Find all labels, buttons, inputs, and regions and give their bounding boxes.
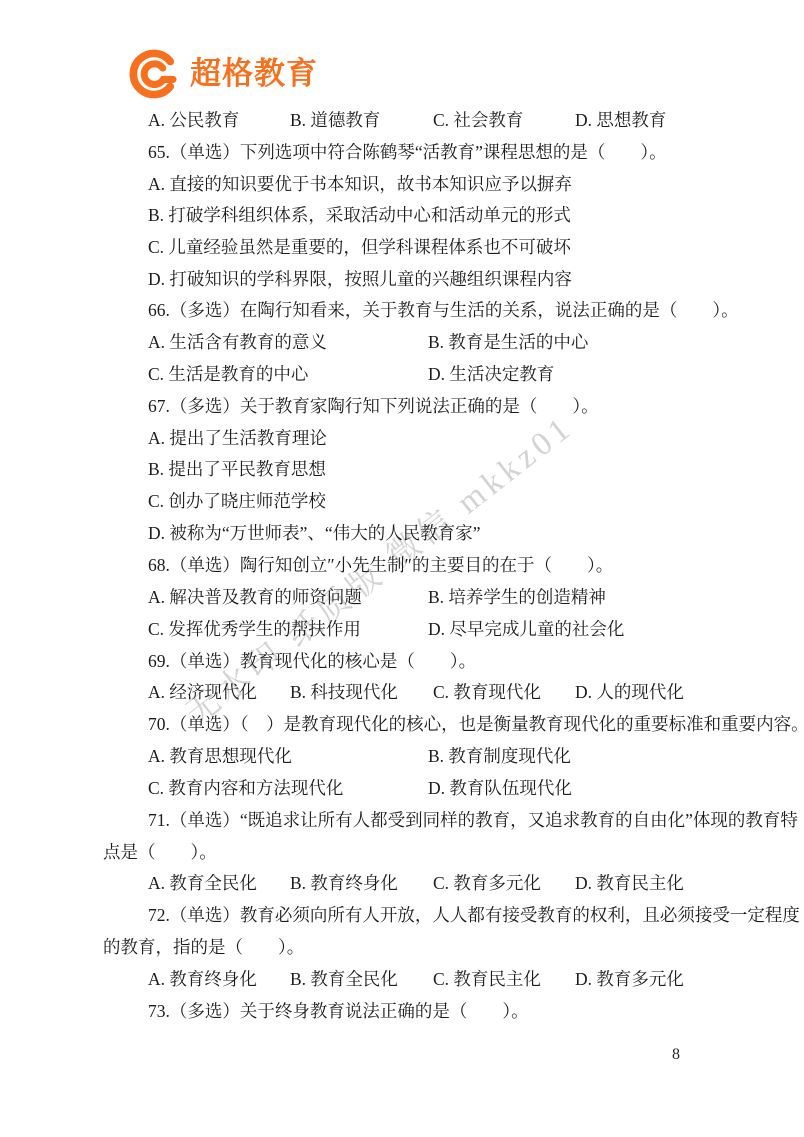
option-line: B. 打破学科组织体系，采取活动中心和活动单元的形式 <box>0 204 804 230</box>
question-line: 65.（单选）下列选项中符合陈鹤琴“活教育”课程思想的是（ ）。 <box>0 141 804 167</box>
option-cell: D. 人的现代化 <box>575 681 684 703</box>
line-text: D. 被称为“万世师表”、“伟大的人民教育家” <box>148 522 480 544</box>
option-row: A. 生活含有教育的意义B. 教育是生活的中心 <box>0 331 804 357</box>
question-line: 71.（单选）“既追求让所有人都受到同样的教育，又追求教育的自由化”体现的教育特 <box>0 809 804 835</box>
option-row: A. 公民教育B. 道德教育C. 社会教育D. 思想教育 <box>0 109 804 135</box>
option-cell: B. 教育全民化 <box>290 968 398 990</box>
line-text: 66.（多选）在陶行知看来，关于教育与生活的关系，说法正确的是（ ）。 <box>148 299 739 321</box>
question-line: 66.（多选）在陶行知看来，关于教育与生活的关系，说法正确的是（ ）。 <box>0 299 804 325</box>
option-cell: D. 教育民主化 <box>575 872 684 894</box>
line-text: 67.（多选）关于教育家陶行知下列说法正确的是（ ）。 <box>148 395 599 417</box>
exam-document-page: 超格教育 无水印 纸质版 微信 mkkz01 A. 公民教育B. 道德教育C. … <box>0 0 804 1137</box>
option-cell: C. 教育民主化 <box>433 968 541 990</box>
option-cell: A. 教育思想现代化 <box>148 745 292 767</box>
option-cell: D. 教育队伍现代化 <box>428 777 572 799</box>
question-line: 72.（单选）教育必须向所有人开放，人人都有接受教育的权利，且必须接受一定程度 <box>0 904 804 930</box>
option-cell: C. 教育现代化 <box>433 681 541 703</box>
line-text: 的教育，指的是（ ）。 <box>103 936 304 958</box>
question-line: 73.（多选）关于终身教育说法正确的是（ ）。 <box>0 1000 804 1026</box>
option-line: A. 直接的知识要优于书本知识，故书本知识应予以摒弃 <box>0 173 804 199</box>
option-cell: A. 教育终身化 <box>148 968 257 990</box>
option-line: C. 儿童经验虽然是重要的，但学科课程体系也不可破坏 <box>0 236 804 262</box>
option-row: C. 教育内容和方法现代化D. 教育队伍现代化 <box>0 777 804 803</box>
option-cell: B. 科技现代化 <box>290 681 398 703</box>
question-text-body: A. 公民教育B. 道德教育C. 社会教育D. 思想教育65.（单选）下列选项中… <box>0 0 804 1137</box>
option-cell: B. 培养学生的创造精神 <box>428 586 606 608</box>
line-text: C. 创办了晓庄师范学校 <box>148 490 326 512</box>
option-row: A. 教育终身化B. 教育全民化C. 教育民主化D. 教育多元化 <box>0 968 804 994</box>
option-line: C. 创办了晓庄师范学校 <box>0 490 804 516</box>
option-cell: B. 教育终身化 <box>290 872 398 894</box>
option-cell: D. 尽早完成儿童的社会化 <box>428 618 624 640</box>
option-row: A. 教育思想现代化B. 教育制度现代化 <box>0 745 804 771</box>
line-text: 点是（ ）。 <box>103 841 217 863</box>
option-line: B. 提出了平民教育思想 <box>0 458 804 484</box>
option-line: D. 打破知识的学科界限，按照儿童的兴趣组织课程内容 <box>0 268 804 294</box>
option-cell: B. 教育是生活的中心 <box>428 331 588 353</box>
option-line: A. 提出了生活教育理论 <box>0 427 804 453</box>
question-continuation-line: 点是（ ）。 <box>0 841 804 867</box>
option-line: D. 被称为“万世师表”、“伟大的人民教育家” <box>0 522 804 548</box>
line-text: 71.（单选）“既追求让所有人都受到同样的教育，又追求教育的自由化”体现的教育特 <box>148 809 798 831</box>
question-line: 69.（单选）教育现代化的核心是（ ）。 <box>0 650 804 676</box>
line-text: B. 提出了平民教育思想 <box>148 458 326 480</box>
question-continuation-line: 的教育，指的是（ ）。 <box>0 936 804 962</box>
option-row: A. 经济现代化B. 科技现代化C. 教育现代化D. 人的现代化 <box>0 681 804 707</box>
option-cell: A. 经济现代化 <box>148 681 257 703</box>
option-row: C. 生活是教育的中心D. 生活决定教育 <box>0 363 804 389</box>
question-line: 68.（单选）陶行知创立″小先生制″的主要目的在于（ ）。 <box>0 554 804 580</box>
question-line: 70.（单选）（ ）是教育现代化的核心，也是衡量教育现代化的重要标准和重要内容。 <box>0 713 804 739</box>
option-cell: C. 社会教育 <box>433 109 523 131</box>
option-cell: C. 生活是教育的中心 <box>148 363 308 385</box>
option-cell: D. 生活决定教育 <box>428 363 554 385</box>
option-row: A. 解决普及教育的师资问题B. 培养学生的创造精神 <box>0 586 804 612</box>
option-cell: B. 道德教育 <box>290 109 380 131</box>
option-cell: A. 教育全民化 <box>148 872 257 894</box>
line-text: A. 直接的知识要优于书本知识，故书本知识应予以摒弃 <box>148 173 572 195</box>
option-row: C. 发挥优秀学生的帮扶作用D. 尽早完成儿童的社会化 <box>0 618 804 644</box>
option-cell: A. 解决普及教育的师资问题 <box>148 586 362 608</box>
question-line: 67.（多选）关于教育家陶行知下列说法正确的是（ ）。 <box>0 395 804 421</box>
page-number: 8 <box>672 1046 680 1064</box>
line-text: 73.（多选）关于终身教育说法正确的是（ ）。 <box>148 1000 529 1022</box>
option-cell: C. 教育内容和方法现代化 <box>148 777 343 799</box>
option-cell: A. 公民教育 <box>148 109 239 131</box>
option-cell: D. 教育多元化 <box>575 968 684 990</box>
option-row: A. 教育全民化B. 教育终身化C. 教育多元化D. 教育民主化 <box>0 872 804 898</box>
line-text: A. 提出了生活教育理论 <box>148 427 327 449</box>
line-text: 70.（单选）（ ）是教育现代化的核心，也是衡量教育现代化的重要标准和重要内容。 <box>148 713 804 735</box>
line-text: 68.（单选）陶行知创立″小先生制″的主要目的在于（ ）。 <box>148 554 613 576</box>
option-cell: D. 思想教育 <box>575 109 666 131</box>
option-cell: C. 教育多元化 <box>433 872 541 894</box>
line-text: 65.（单选）下列选项中符合陈鹤琴“活教育”课程思想的是（ ）。 <box>148 141 667 163</box>
option-cell: B. 教育制度现代化 <box>428 745 571 767</box>
line-text: 69.（单选）教育现代化的核心是（ ）。 <box>148 650 476 672</box>
line-text: B. 打破学科组织体系，采取活动中心和活动单元的形式 <box>148 204 571 226</box>
option-cell: A. 生活含有教育的意义 <box>148 331 327 353</box>
option-cell: C. 发挥优秀学生的帮扶作用 <box>148 618 361 640</box>
line-text: 72.（单选）教育必须向所有人开放，人人都有接受教育的权利，且必须接受一定程度 <box>148 904 800 926</box>
line-text: C. 儿童经验虽然是重要的，但学科课程体系也不可破坏 <box>148 236 571 258</box>
line-text: D. 打破知识的学科界限，按照儿童的兴趣组织课程内容 <box>148 268 572 290</box>
